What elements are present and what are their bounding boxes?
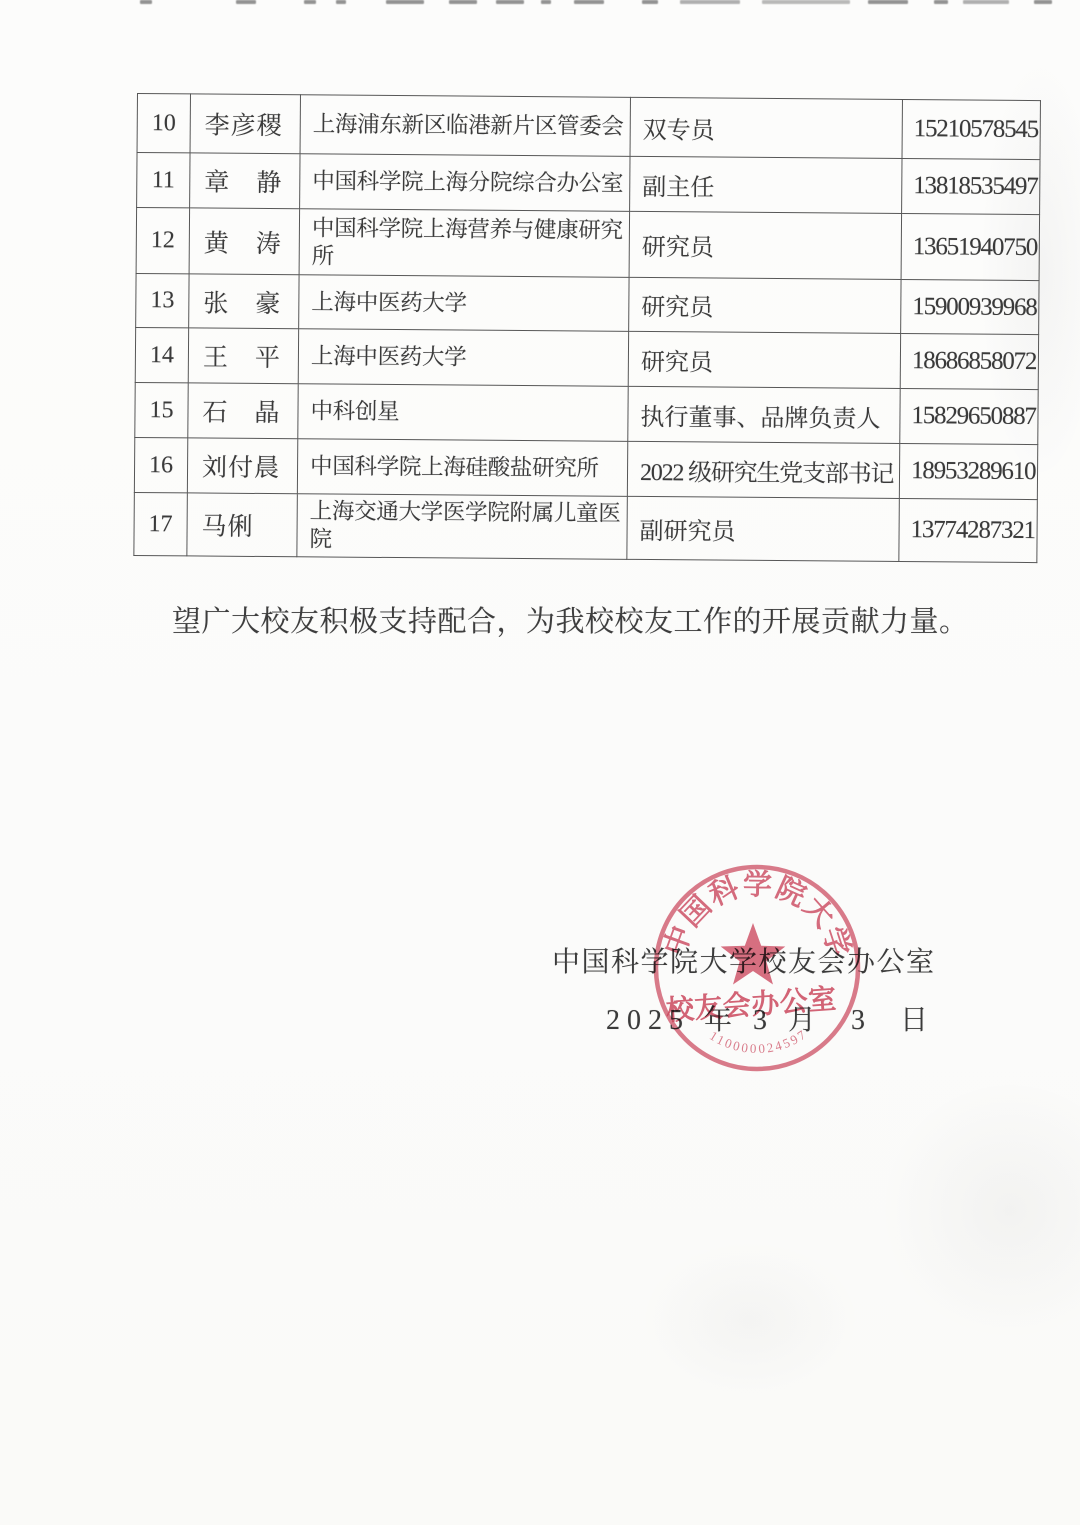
organization-cell: 中国科学院上海分院综合办公室 <box>300 154 630 212</box>
phone-cell: 15829650887 <box>900 389 1038 445</box>
title-cell: 副研究员 <box>627 496 899 561</box>
roster-table-wrapper: 10 李彦稷 上海浦东新区临港新片区管委会 双专员 15210578545 11… <box>133 93 1041 563</box>
title-cell: 副主任 <box>630 156 902 213</box>
organization-cell: 上海浦东新区临港新片区管委会 <box>300 95 630 157</box>
name-cell: 刘付晨 <box>187 438 297 494</box>
name-cell: 石 晶 <box>188 383 298 439</box>
scan-fragment <box>236 0 256 4</box>
table-row: 12 黄 涛 中国科学院上海营养与健康研究 所 研究员 13651940750 <box>136 208 1039 281</box>
phone-cell: 13818535497 <box>902 159 1040 215</box>
table-row: 10 李彦稷 上海浦东新区临港新片区管委会 双专员 15210578545 <box>137 94 1040 160</box>
table-row: 11 章 静 中国科学院上海分院综合办公室 副主任 13818535497 <box>137 153 1040 215</box>
scan-smudge <box>880 1080 1080 1340</box>
phone-cell: 13774287321 <box>899 498 1037 562</box>
scan-fragment <box>386 0 424 4</box>
table-row: 14 王 平 上海中医药大学 研究员 18686858072 <box>135 327 1038 389</box>
scan-fragment <box>336 0 346 4</box>
row-number-cell: 13 <box>136 273 189 327</box>
scan-fragment <box>1034 0 1052 4</box>
scan-fragment <box>642 0 658 4</box>
scanned-document-page: 10 李彦稷 上海浦东新区临港新片区管委会 双专员 15210578545 11… <box>0 0 1080 1525</box>
scan-fragment <box>680 0 740 4</box>
organization-cell: 中科创星 <box>298 384 628 442</box>
alumni-roster-table: 10 李彦稷 上海浦东新区临港新片区管委会 双专员 15210578545 11… <box>133 93 1041 563</box>
organization-cell: 中国科学院上海硅酸盐研究所 <box>297 439 627 497</box>
title-cell: 双专员 <box>630 97 902 158</box>
scan-smudge <box>640 1240 860 1400</box>
scan-fragment <box>541 0 551 4</box>
scan-fragment <box>140 0 152 4</box>
scan-fragment <box>963 0 1009 4</box>
name-cell: 王 平 <box>188 328 298 384</box>
organization-cell: 上海中医药大学 <box>299 275 629 332</box>
name-cell: 黄 涛 <box>189 208 300 275</box>
closing-paragraph: 望广大校友积极支持配合，为我校校友工作的开展贡献力量。 <box>172 599 1002 640</box>
seal-serial-number: 110000024597 <box>707 1026 810 1056</box>
title-cell: 研究员 <box>629 277 901 333</box>
scan-fragment <box>762 0 850 4</box>
scan-fragment <box>449 0 477 4</box>
seal-center-text: 校友会办公室 <box>665 983 838 1027</box>
name-cell: 章 静 <box>190 153 300 209</box>
title-cell: 执行董事、品牌负责人 <box>628 386 900 443</box>
name-cell: 马俐 <box>187 493 297 557</box>
row-number-cell: 10 <box>137 94 190 153</box>
organization-cell: 上海中医药大学 <box>298 329 628 387</box>
organization-cell: 中国科学院上海营养与健康研究 所 <box>299 209 630 278</box>
row-number-cell: 11 <box>137 153 190 208</box>
name-cell: 李彦稷 <box>190 94 300 154</box>
phone-cell: 15210578545 <box>902 100 1040 160</box>
table-row: 16 刘付晨 中国科学院上海硅酸盐研究所 2022 级研究生党支部书记 1895… <box>134 437 1037 499</box>
official-seal: 中国科学院大学 校友会办公室 110000024597 <box>645 856 869 1080</box>
row-number-cell: 14 <box>135 327 188 382</box>
scan-fragment <box>868 0 908 4</box>
phone-cell: 15900939968 <box>901 280 1039 335</box>
table-row: 17 马俐 上海交通大学医学院附属儿童医 院 副研究员 13774287321 <box>134 492 1037 562</box>
organization-cell: 上海交通大学医学院附属儿童医 院 <box>297 494 627 560</box>
table-row: 15 石 晶 中科创星 执行董事、品牌负责人 15829650887 <box>135 382 1038 444</box>
phone-cell: 18953289610 <box>899 444 1037 500</box>
scan-fragment <box>934 0 948 4</box>
row-number-cell: 17 <box>134 492 187 555</box>
row-number-cell: 16 <box>134 437 187 492</box>
name-cell: 张 豪 <box>189 274 299 329</box>
title-cell: 2022 级研究生党支部书记 <box>627 441 899 498</box>
title-cell: 研究员 <box>628 331 900 388</box>
row-number-cell: 15 <box>135 382 188 437</box>
title-cell: 研究员 <box>629 211 902 279</box>
phone-cell: 13651940750 <box>901 214 1040 281</box>
scan-artifact-top-fragments <box>0 0 1080 8</box>
scan-fragment <box>496 0 524 4</box>
row-number-cell: 12 <box>136 208 190 274</box>
scan-fragment <box>574 0 604 4</box>
phone-cell: 18686858072 <box>900 334 1038 390</box>
scan-fragment <box>304 0 316 4</box>
table-row: 13 张 豪 上海中医药大学 研究员 15900939968 <box>136 273 1039 334</box>
seal-star-icon <box>721 923 786 985</box>
